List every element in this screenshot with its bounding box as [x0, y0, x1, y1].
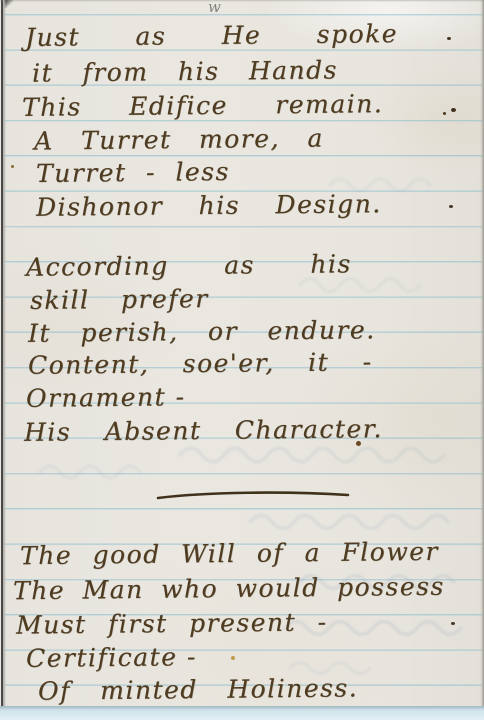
ink-speck — [356, 441, 361, 446]
scanned-manuscript-page: w Just as He spoke it from his Hands Thi… — [0, 0, 484, 720]
next-page-edge — [0, 706, 484, 720]
handwritten-line: According as his — [26, 250, 352, 281]
ink-speck — [449, 205, 453, 208]
ink-speck — [451, 108, 456, 112]
handwritten-line: skill prefer — [30, 285, 209, 315]
handwritten-line: Just as He spoke — [25, 20, 398, 52]
ink-speck — [451, 622, 455, 625]
handwritten-line: A Turret more, a — [34, 124, 324, 155]
handwritten-line: Must first present - — [16, 608, 328, 639]
page-edge-right — [480, 0, 484, 720]
foxing-spot — [231, 656, 235, 660]
handwritten-line: This Edifice remain. — [22, 90, 383, 122]
handwritten-line: Certificate - — [26, 643, 197, 673]
ink-speck — [447, 37, 451, 40]
page-edge-left — [0, 0, 6, 720]
pencil-annotation: w — [208, 0, 222, 16]
handwritten-line: It perish, or endure. — [28, 316, 376, 348]
foxing-spot — [11, 165, 14, 168]
ink-speck — [443, 112, 446, 115]
handwritten-line: Ornament - — [26, 383, 186, 413]
handwritten-line: The good Will of a Flower — [20, 538, 439, 570]
page-edge-top — [0, 0, 484, 2]
handwritten-line: Turret - less — [36, 158, 230, 188]
handwritten-line: it from his Hands — [32, 56, 338, 87]
handwritten-line: Dishonor his Design. — [36, 190, 382, 222]
hand-drawn-divider — [156, 490, 352, 502]
handwritten-line: Content, soe'er, it - — [28, 348, 373, 380]
handwritten-line: His Absent Character. — [24, 415, 383, 447]
handwritten-line: Of minted Holiness. — [38, 674, 358, 705]
handwritten-line: The Man who would possess — [13, 573, 445, 606]
